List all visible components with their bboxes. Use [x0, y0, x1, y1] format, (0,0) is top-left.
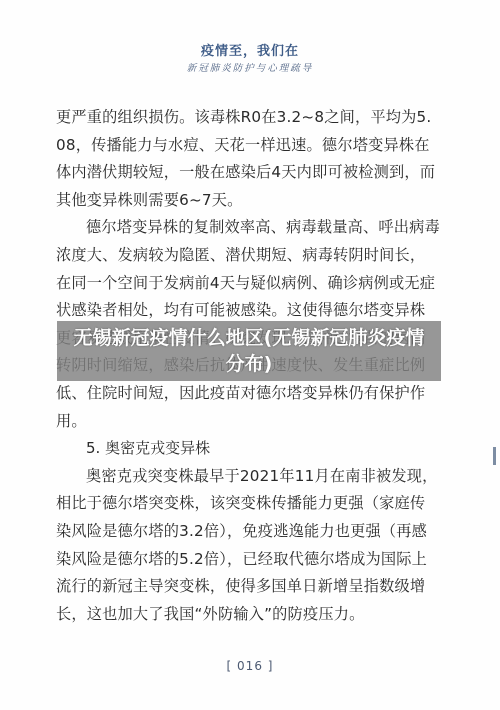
overlay-title: 无锡新冠疫情什么地区(无锡新冠肺炎疫情分布) [69, 325, 429, 377]
section-paragraph: 奥密克戎突变株最早于2021年11月在南非被发现，相比于德尔塔突变株，该突变株传… [56, 463, 440, 629]
section-heading: 5. 奥密克戎变异株 [56, 435, 440, 463]
book-header: 疫情至，我们在 新冠肺炎防护与心理疏导 [0, 44, 500, 76]
book-title: 疫情至，我们在 [0, 44, 500, 60]
paragraph-1: 更严重的组织损伤。该毒株R0在3.2~8之间，平均为5.08，传播能力与水痘、天… [56, 104, 440, 214]
book-subtitle: 新冠肺炎防护与心理疏导 [0, 62, 500, 76]
page-number: [ 016 ] [0, 659, 500, 673]
page-edge-mark [493, 447, 496, 465]
document-page: 疫情至，我们在 新冠肺炎防护与心理疏导 更严重的组织损伤。该毒株R0在3.2~8… [0, 0, 500, 710]
title-overlay-banner: 无锡新冠疫情什么地区(无锡新冠肺炎疫情分布) [57, 321, 441, 381]
